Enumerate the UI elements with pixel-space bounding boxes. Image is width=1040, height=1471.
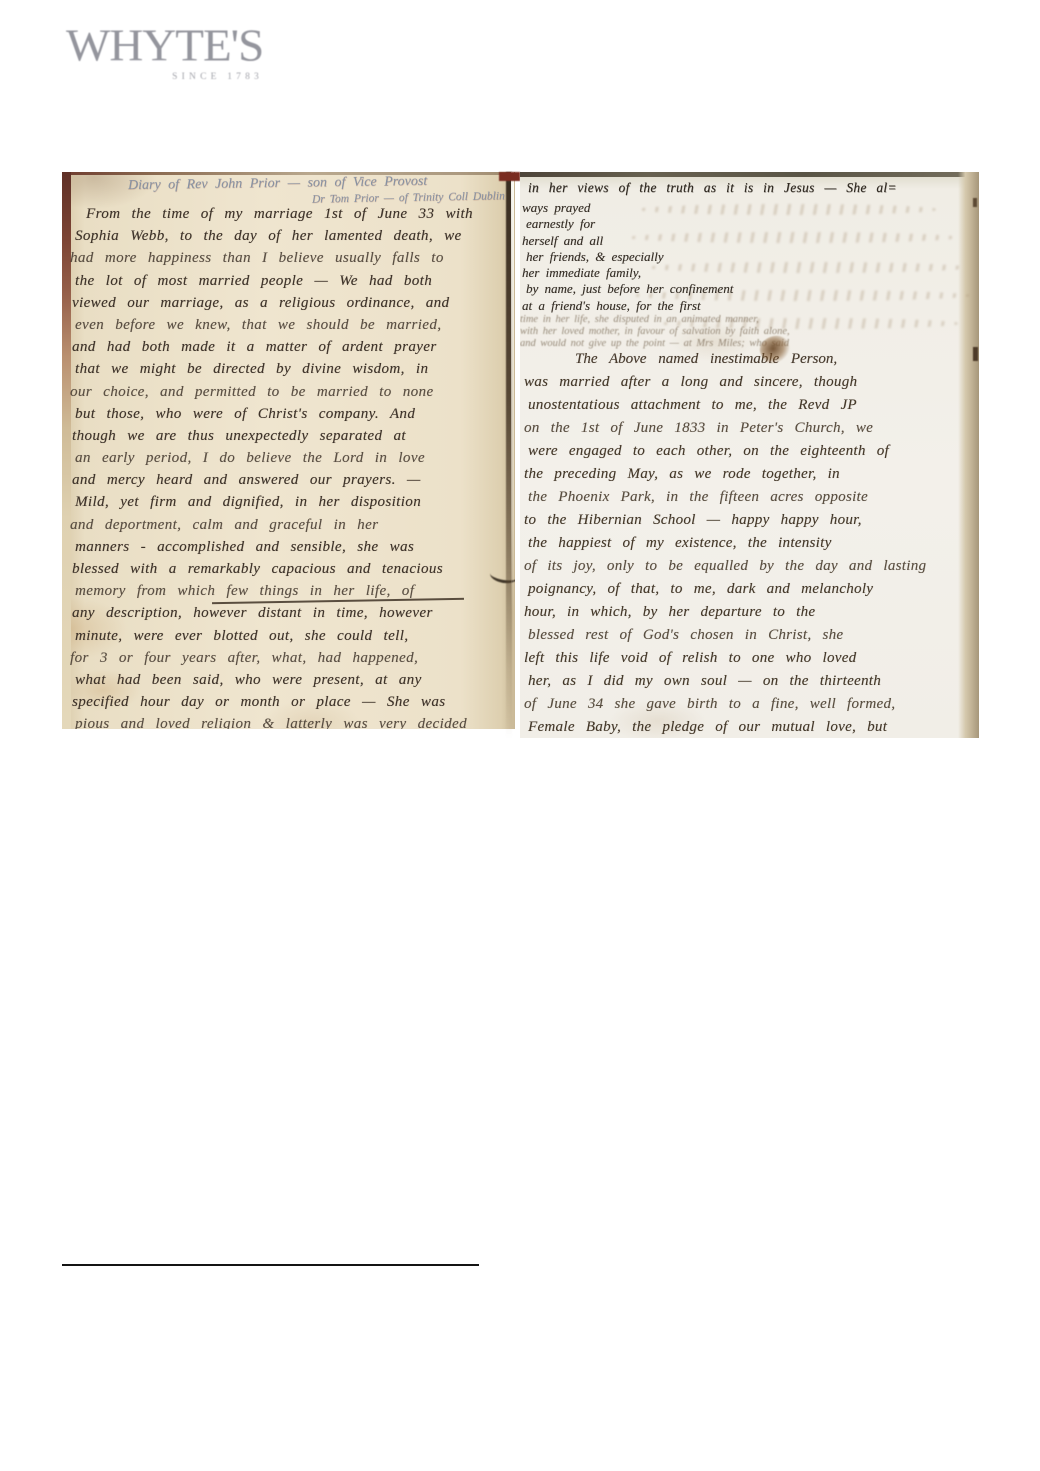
header-annotation-line1: Diary of Rev John Prior — son of Vice Pr… [128, 174, 427, 194]
manuscript-line: the lot of most married people — We had … [75, 273, 515, 295]
manuscript-line: ways prayed [522, 200, 733, 216]
manuscript-line: her, as I did my own soul — on the thirt… [528, 673, 974, 696]
manuscript-line: any description, however distant in time… [72, 605, 515, 627]
manuscript-line: Sophia Webb, to the day of her lamented … [75, 228, 515, 250]
footnote-rule [62, 1264, 479, 1266]
manuscript-line: viewed our marriage, as a religious ordi… [72, 295, 515, 317]
manuscript-line: were engaged to each other, on the eight… [528, 443, 974, 466]
page-top-edge [520, 172, 979, 177]
manuscript-line: blessed with a remarkably capacious and … [72, 561, 515, 583]
manuscript-line: Mild, yet firm and dignified, in her dis… [75, 494, 515, 516]
manuscript-line: what had been said, who were present, at… [75, 672, 515, 694]
manuscript-line: but those, who were of Christ's company.… [75, 406, 515, 428]
manuscript-line: pious and loved religion & latterly was … [75, 716, 515, 729]
manuscript-line: herself and all [522, 233, 733, 249]
edge-notch [973, 198, 977, 207]
manuscript-line: her friends, & especially [526, 249, 733, 265]
right-page-faded-text: time in her life, she disputed in an ani… [520, 314, 790, 350]
right-page-opening-line: in her views of the truth as it is in Je… [528, 180, 897, 196]
header-annotation-line2: Dr Tom Prior — of Trinity Coll Dublin [312, 190, 505, 205]
manuscript-photo: Diary of Rev John Prior — son of Vice Pr… [62, 172, 979, 738]
manuscript-line: poignancy, of that, to me, dark and mela… [528, 581, 974, 604]
manuscript-line: manners - accomplished and sensible, she… [75, 539, 515, 561]
book-gutter [499, 172, 520, 738]
whytes-logo-text: WHYTE'S [66, 24, 266, 69]
manuscript-line: our choice, and permitted to be married … [70, 384, 515, 406]
manuscript-line: the happiest of my existence, the intens… [528, 535, 974, 558]
manuscript-line: minute, were ever blotted out, she could… [75, 628, 515, 650]
manuscript-line: that we might be directed by divine wisd… [75, 361, 515, 383]
manuscript-line: the Phoenix Park, in the fifteen acres o… [528, 489, 974, 512]
manuscript-line: time in her life, she disputed in an ani… [520, 314, 790, 326]
right-page-main-text: was married after a long and sincere, th… [524, 374, 974, 738]
right-page-centered-line: The Above named inestimable Person, [575, 351, 837, 368]
page-top-edge [62, 172, 515, 175]
manuscript-line: hour, in which, by her departure to the [524, 604, 974, 627]
manuscript-line: of June 34 she gave birth to a fine, wel… [524, 696, 974, 719]
manuscript-line: an early period, I do believe the Lord i… [75, 450, 515, 472]
manuscript-line: even before we knew, that we should be m… [75, 317, 515, 339]
manuscript-right-page: in her views of the truth as it is in Je… [520, 172, 979, 738]
manuscript-line: though we are thus unexpectedly separate… [72, 428, 515, 450]
manuscript-line: to the Hibernian School — happy happy ho… [524, 512, 974, 535]
manuscript-line: the preceding May, as we rode together, … [524, 466, 974, 489]
manuscript-line: Female Baby, the pledge of our mutual lo… [528, 719, 974, 738]
manuscript-line: specified hour day or month or place — S… [72, 694, 515, 716]
gutter-highlight [511, 172, 514, 613]
manuscript-line: of its joy, only to be equalled by the d… [524, 558, 974, 581]
gutter-red-cap [499, 172, 520, 181]
manuscript-line: with her loved mother, in favour of salv… [520, 326, 790, 338]
left-page-text: From the time of my marriage 1st of June… [72, 206, 515, 729]
manuscript-line: by name, just before her confinement [526, 281, 733, 297]
manuscript-line: blessed rest of God's chosen in Christ, … [528, 627, 974, 650]
manuscript-line: at a friend's house, for the first [522, 298, 733, 314]
manuscript-line: and deportment, calm and graceful in her [70, 517, 515, 539]
manuscript-line: had more happiness than I believe usuall… [70, 250, 515, 272]
whytes-logo-tagline: SINCE 1783 [66, 72, 266, 82]
manuscript-line: earnestly for [526, 216, 733, 232]
right-page-inserted-text: ways prayedearnestly forherself and allh… [522, 200, 733, 314]
whytes-logo: WHYTE'S SINCE 1783 [66, 24, 266, 82]
manuscript-line: and had both made it a matter of ardent … [72, 339, 515, 361]
manuscript-line: on the 1st of June 1833 in Peter's Churc… [524, 420, 974, 443]
manuscript-left-page: Diary of Rev John Prior — son of Vice Pr… [62, 172, 515, 729]
manuscript-line: for 3 or four years after, what, had hap… [70, 650, 515, 672]
manuscript-line: unostentatious attachment to me, the Rev… [528, 397, 974, 420]
edge-notch [973, 347, 978, 361]
manuscript-line: was married after a long and sincere, th… [524, 374, 974, 397]
manuscript-line: and mercy heard and answered our prayers… [72, 472, 515, 494]
manuscript-line: her immediate family, [522, 265, 733, 281]
manuscript-line: left this life void of relish to one who… [524, 650, 974, 673]
manuscript-line: and would not give up the point — at Mrs… [520, 338, 790, 350]
manuscript-line: From the time of my marriage 1st of June… [72, 206, 515, 228]
